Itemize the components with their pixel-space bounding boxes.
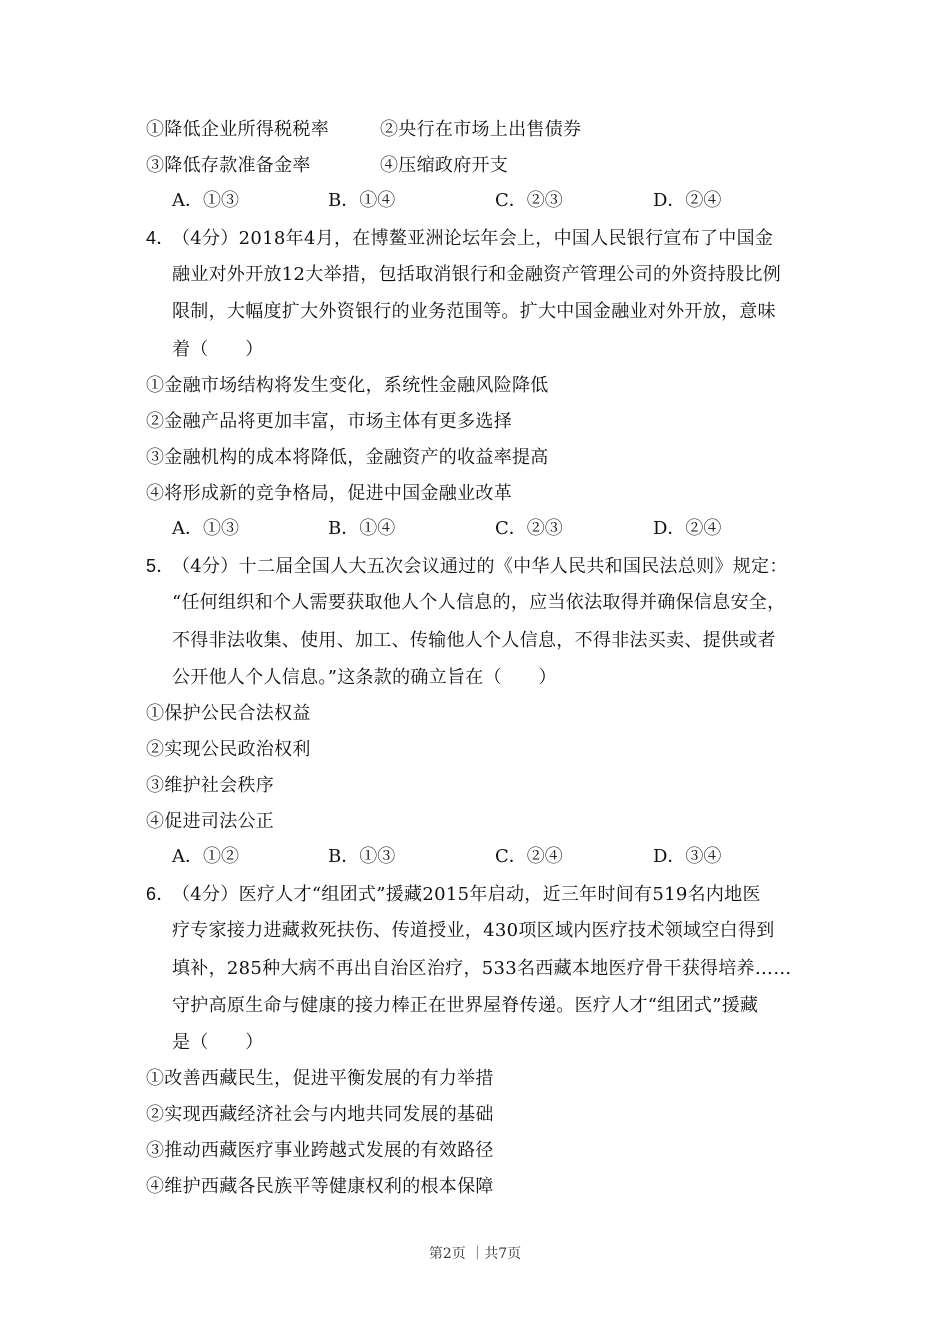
choice-a: A．①③ <box>172 189 239 213</box>
choice-d: D．②④ <box>653 517 721 541</box>
choice-c: C．②④ <box>495 845 563 869</box>
question-stem-line: 不得非法收集、使用、加工、传输他人个人信息，不得非法买卖、提供或者 <box>172 629 776 653</box>
statement: ④维护西藏各民族平等健康权利的根本保障 <box>146 1175 494 1199</box>
question-stem-line: 公开他人个人信息。”这条款的确立旨在（ ） <box>172 666 557 690</box>
statement: ③降低存款准备金率 <box>146 155 311 176</box>
question-stem-line: 限制，大幅度扩大外资银行的业务范围等。扩大中国金融业对外开放，意味 <box>172 300 776 324</box>
choice-c: C．②③ <box>495 517 563 541</box>
choice-b: B．①④ <box>328 517 395 541</box>
question-text: （4分）2018年4月，在博鳌亚洲论坛年会上，中国人民银行宣布了中国金 <box>172 228 773 249</box>
page-footer: 第2页 ｜共7页 <box>0 1243 950 1263</box>
statement: ①改善西藏民生，促进平衡发展的有力举措 <box>146 1067 494 1091</box>
statement: ①保护公民合法权益 <box>146 702 311 726</box>
statement: ④将形成新的竞争格局，促进中国金融业改革 <box>146 482 512 506</box>
question-number: 4． <box>146 226 172 250</box>
question-stem-line: 着（ ） <box>172 338 264 362</box>
choice-b: B．①③ <box>328 845 395 869</box>
statement: ②实现公民政治权利 <box>146 738 311 762</box>
question-stem-line: 融业对外开放12大举措，包括取消银行和金融资产管理公司的外资持股比例 <box>172 263 781 287</box>
question-text: （4分）十二届全国人大五次会议通过的《中华人民共和国民法总则》规定： <box>172 556 788 577</box>
question-stem-line: 守护高原生命与健康的接力棒正在世界屋脊传递。医疗人才“组团式”援藏 <box>172 994 758 1018</box>
question-number: 5． <box>146 554 172 578</box>
document-page: ①降低企业所得税税率 ②央行在市场上出售债券 ③降低存款准备金率 ④压缩政府开支… <box>0 0 950 1344</box>
statement: ③推动西藏医疗事业跨越式发展的有效路径 <box>146 1139 494 1163</box>
choice-b: B．①④ <box>328 189 395 213</box>
choice-d: D．③④ <box>653 845 721 869</box>
statement: ④压缩政府开支 <box>380 154 508 178</box>
question-stem-line: “任何组织和个人需要获取他人个人信息的，应当依法取得并确保信息安全， <box>172 591 785 615</box>
statement-row: ①降低企业所得税税率 ②央行在市场上出售债券 <box>146 118 329 142</box>
choice-a: A．①② <box>172 845 239 869</box>
statement: ③金融机构的成本将降低，金融资产的收益率提高 <box>146 446 549 470</box>
statement: ②金融产品将更加丰富，市场主体有更多选择 <box>146 410 512 434</box>
choice-a: A．①③ <box>172 517 239 541</box>
choice-d: D．②④ <box>653 189 721 213</box>
statement: ②央行在市场上出售债券 <box>380 118 581 142</box>
question-text: （4分）医疗人才“组团式”援藏2015年启动，近三年时间有519名内地医 <box>172 884 761 905</box>
statement: ①金融市场结构将发生变化，系统性金融风险降低 <box>146 374 549 398</box>
choice-c: C．②③ <box>495 189 563 213</box>
question-stem-line: 5．（4分）十二届全国人大五次会议通过的《中华人民共和国民法总则》规定： <box>146 554 788 579</box>
statement: ③维护社会秩序 <box>146 774 274 798</box>
statement: ②实现西藏经济社会与内地共同发展的基础 <box>146 1103 494 1127</box>
question-stem-line: 是（ ） <box>172 1031 264 1055</box>
question-number: 6． <box>146 882 172 906</box>
question-stem-line: 4．（4分）2018年4月，在博鳌亚洲论坛年会上，中国人民银行宣布了中国金 <box>146 226 773 251</box>
statement: ④促进司法公正 <box>146 810 274 834</box>
statement: ①降低企业所得税税率 <box>146 119 329 140</box>
statement-row: ③降低存款准备金率 ④压缩政府开支 <box>146 154 311 178</box>
question-stem-line: 疗专家接力进藏救死扶伤、传道授业，430项区域内医疗技术领域空白得到 <box>172 919 775 943</box>
question-stem-line: 填补，285种大病不再出自治区治疗，533名西藏本地医疗骨干获得培养…… <box>172 957 792 981</box>
question-stem-line: 6．（4分）医疗人才“组团式”援藏2015年启动，近三年时间有519名内地医 <box>146 882 761 907</box>
